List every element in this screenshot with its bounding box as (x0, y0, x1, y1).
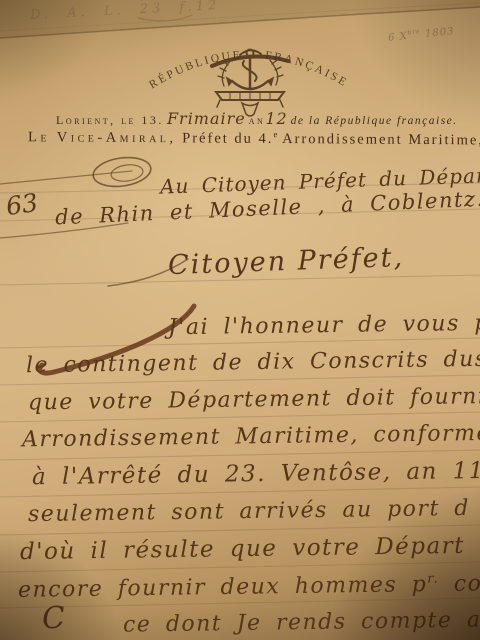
body-line-3-text: que votre Département doit fournir à (28, 384, 480, 416)
archival-annotation-top-left: D. A. L. 23 f.12 (30, 0, 221, 23)
emblem-text-francaise: FRANÇAISE (264, 50, 350, 90)
body-line-6: seulement sont arrivés au port d (28, 496, 470, 527)
title-arrondissement: Arrondissement Maritime, (277, 131, 480, 148)
body-line-2: le contingent de dix Conscrits dus (26, 347, 480, 378)
body-line-9: ce dont Je rends compte au (123, 607, 480, 637)
registry-number: 63 (4, 188, 40, 221)
body-line-5: à l'Arrêté du 23. Ventôse, an 11, (32, 458, 480, 490)
salutation: Citoyen Préfet, (168, 242, 405, 281)
handwritten-month: Frimaire (167, 109, 246, 128)
body-line-8: encore fournir deux hommes pr. comp (18, 570, 480, 602)
body-line-5-text: à l'Arrêté du 23. Ventôse, an 11, (32, 458, 480, 490)
printed-republic-suffix: de la République française. (291, 115, 458, 127)
body-line-3: que votre Département doit fournir à (28, 384, 480, 416)
document-photo: { "colors": { "paper": "#d6b483", "ink":… (0, 0, 480, 640)
title-vice-amiral: Le Vice-Amiral, (28, 129, 177, 146)
salutation-text: Citoyen Préfet, (168, 242, 405, 281)
registry-number-text: 63 (4, 188, 40, 221)
annotation-date-post: 1803 (420, 26, 455, 40)
emblem-arc-text-2: FRANÇAISE (264, 50, 350, 90)
body-line-9-fragment-text: C (41, 600, 66, 637)
body-line-8-superscript: r. (427, 572, 439, 587)
body-line-4-text: Arrondissement Maritime, conformém (22, 421, 480, 453)
body-line-9-fragment: C (41, 600, 66, 637)
body-line-1: J'ai l'honneur de vous prévenir que (168, 309, 480, 341)
annotation-date-sup: bre (407, 28, 421, 36)
body-line-1-text: J'ai l'honneur de vous prévenir que (168, 309, 480, 341)
body-line-4: Arrondissement Maritime, conformém (22, 421, 480, 453)
body-line-6-text: seulement sont arrivés au port d (28, 496, 470, 527)
body-line-8-pre: encore fournir deux hommes p (18, 572, 428, 603)
letterhead-place-date-line: Lorient, le 13. Frimaire an12 de la Répu… (56, 109, 458, 128)
handwritten-year: 12 (265, 109, 287, 128)
body-line-8-post: comp (439, 571, 480, 597)
printed-an-label: an (249, 113, 266, 127)
body-line-7: d'où il résulte que votre Départ (20, 533, 465, 565)
annotation-text: D. A. L. 23 f.12 (30, 0, 221, 23)
body-line-2-text: le contingent de dix Conscrits dus (26, 347, 480, 378)
address-swash-inner (110, 163, 144, 183)
margin-rule-top (0, 171, 132, 184)
title-prefet: Préfet du 4. (177, 130, 274, 147)
body-line-9-text: ce dont Je rends compte au (123, 607, 480, 637)
letterhead-title-line: Le Vice-Amiral, Préfet du 4.e Arrondisse… (28, 127, 480, 149)
address-swash-outer (91, 154, 152, 190)
body-line-7-text: d'où il résulte que votre Départ (20, 533, 465, 565)
printed-city-label: Lorient, le 13. (56, 113, 164, 127)
annotation-date-pre: 6 X (388, 31, 409, 44)
anchor-emblem: RÉPUBLIQUE FRANÇAISE (140, 26, 360, 122)
archival-date-annotation: 6 Xbre 1803 (388, 25, 456, 44)
